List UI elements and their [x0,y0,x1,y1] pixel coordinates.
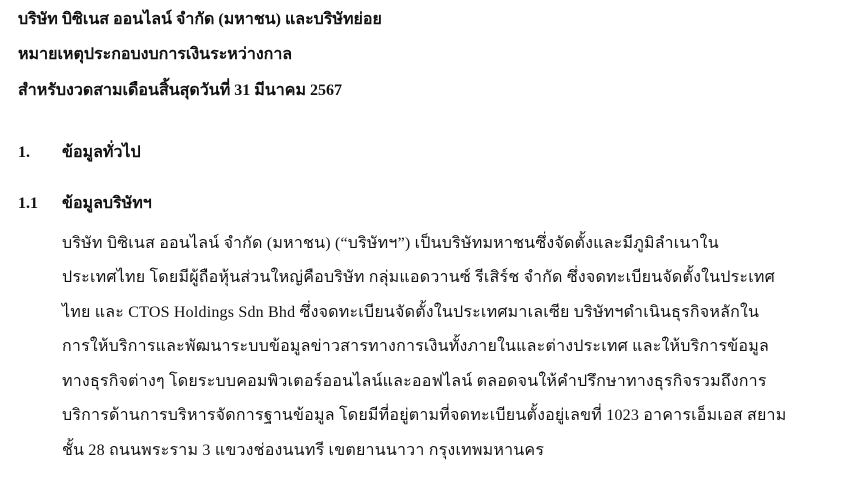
section-title-general-info: ข้อมูลทั่วไป [62,145,141,161]
subsection-title-company-info: ข้อมูลบริษัทฯ [62,196,152,212]
section-number: 1. [18,145,30,161]
paragraph-line: ชั้น 28 ถนนพระราม 3 แขวงช่องนนทรี เขตยาน… [62,443,544,459]
subsection-number: 1.1 [18,196,38,212]
statement-subtitle: หมายเหตุประกอบงบการเงินระหว่างกาล [18,47,292,63]
paragraph-line: บริษัท บิซิเนส ออนไลน์ จำกัด (มหาชน) (“บ… [62,236,719,252]
paragraph-line: ประเทศไทย โดยมีผู้ถือหุ้นส่วนใหญ่คือบริษ… [62,270,775,286]
paragraph-line: ไทย และ CTOS Holdings Sdn Bhd ซึ่งจดทะเบ… [62,305,759,321]
paragraph-line: การให้บริการและพัฒนาระบบข้อมูลข่าวสารทาง… [62,339,769,355]
reporting-period: สำหรับงวดสามเดือนสิ้นสุดวันที่ 31 มีนาคม… [18,83,342,99]
paragraph-line: บริการด้านการบริหารจัดการฐานข้อมูล โดยมี… [62,408,786,424]
paragraph-line: ทางธุรกิจต่างๆ โดยระบบคอมพิวเตอร์ออนไลน์… [62,374,767,390]
company-name-heading: บริษัท บิซิเนส ออนไลน์ จำกัด (มหาชน) และ… [18,12,382,28]
